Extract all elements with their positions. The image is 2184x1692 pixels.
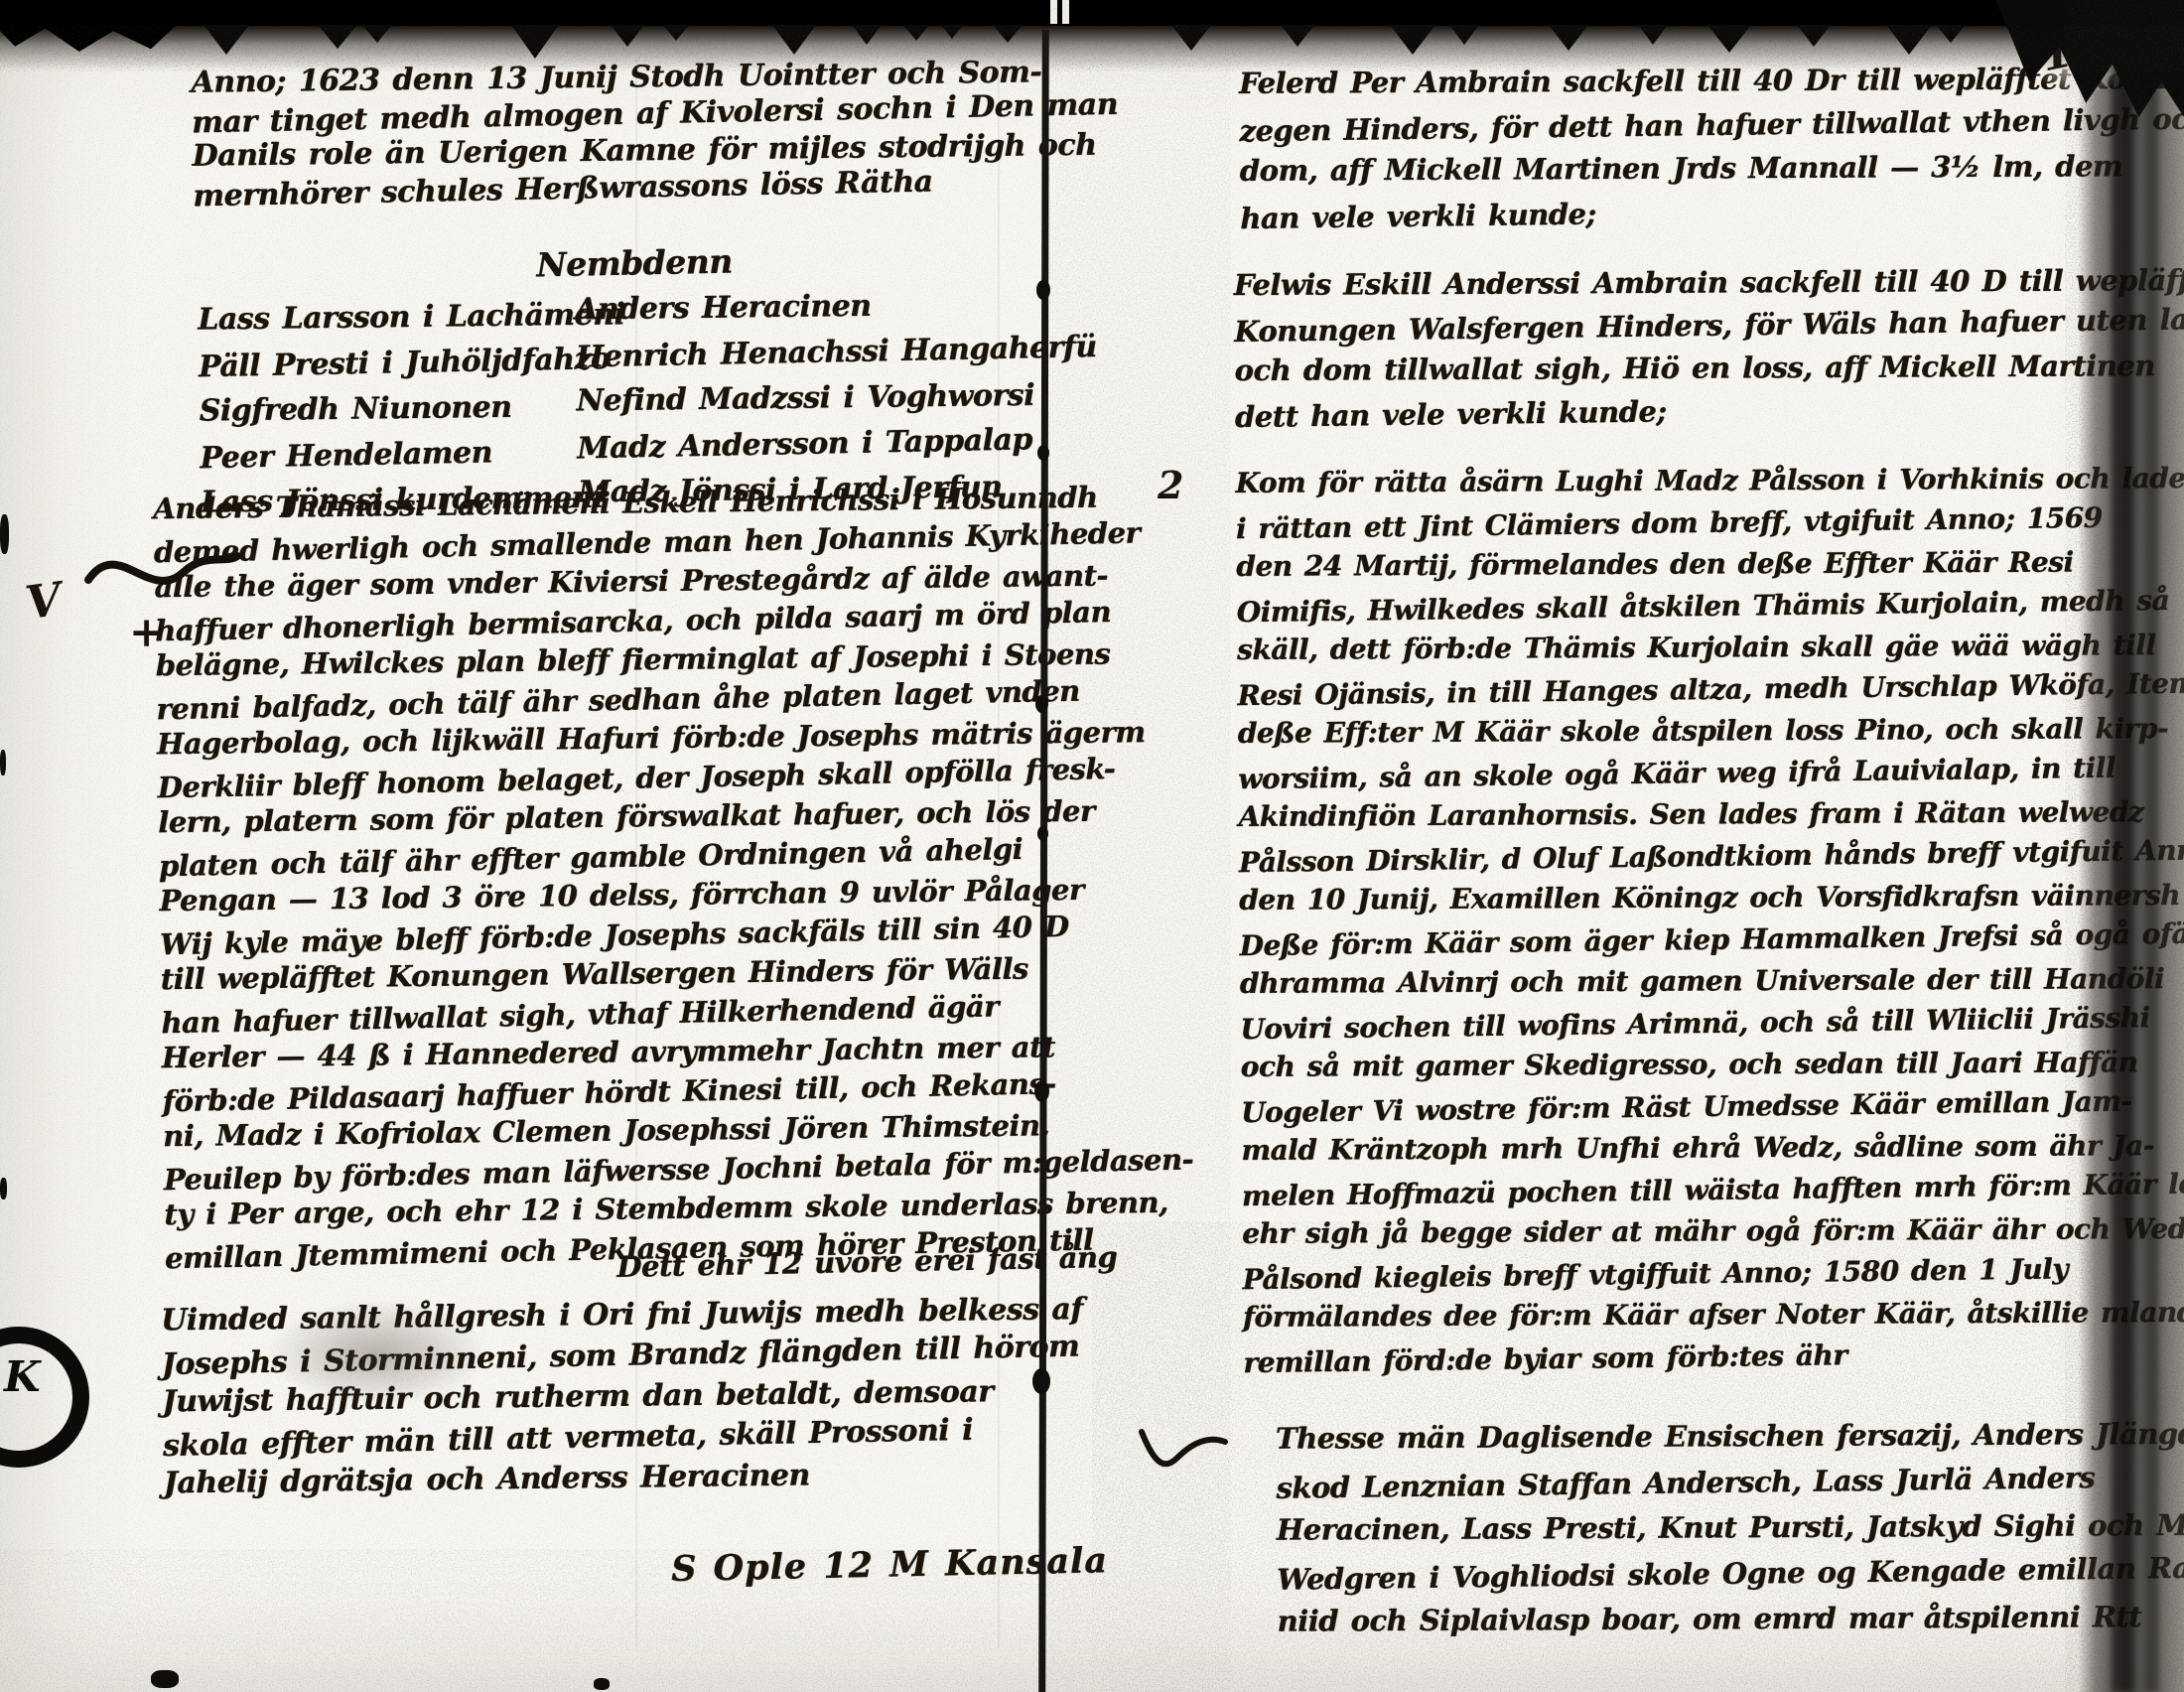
film-edge-tooth [993, 25, 1023, 43]
film-edge-tooth [1171, 25, 1211, 51]
margin-mark-2: 2 [1158, 463, 1183, 507]
film-edge-tooth [1549, 25, 1588, 51]
spine-ink-blob [1037, 826, 1048, 841]
spine-ink-blob [1036, 280, 1050, 300]
film-edge-tooth [941, 25, 963, 39]
film-edge-top [0, 0, 2184, 26]
film-edge-tooth [1797, 25, 1831, 47]
right-paragraph-4: Thesse män Daglisende Ensischen fersazij… [1276, 1408, 2184, 1645]
page-fold-line [635, 60, 637, 1648]
film-edge-tooth [362, 25, 392, 43]
film-edge-tooth [772, 25, 816, 55]
film-streak [2145, 0, 2159, 1692]
film-edge-band [2078, 0, 2184, 1692]
film-edge-tooth [663, 25, 689, 41]
left-heading: Anno; 1623 denn 13 Junij Stodh Uointter … [191, 52, 1119, 213]
margin-mark-plus: + [129, 608, 164, 656]
film-edge-tooth [318, 25, 357, 49]
film-edge-tooth [903, 25, 929, 41]
manuscript-scan: Anno; 1623 denn 13 Junij Stodh Uointter … [0, 0, 2184, 1692]
film-edge-tooth [511, 25, 559, 59]
film-edge-tooth [852, 25, 882, 45]
film-edge-tooth [1638, 25, 1668, 45]
right-paragraph-3: Kom för rätta åsärn Lughi Madz Pålsson i… [1235, 455, 2184, 1381]
film-edge-tooth [204, 25, 249, 55]
jury-name: Peer Hendelamen [200, 428, 627, 483]
spine-ink-blob [1035, 695, 1048, 713]
film-edge-tooth [1449, 25, 1479, 45]
film-edge-tooth [611, 25, 644, 47]
ink-smudge [223, 1279, 531, 1428]
film-frame-slit [1062, 0, 1069, 24]
film-edge-tooth [1886, 25, 1932, 55]
margin-flourish-swash [84, 534, 243, 608]
jury-name: Lass Larsson i Lachämeni [198, 292, 625, 343]
edge-fleck [0, 750, 6, 775]
manuscript-line: niid och Siplaivlasp boar, om emrd mar å… [1277, 1593, 2184, 1643]
right-page: Felerd Per Ambrain sackfell till 40 Dr t… [1224, 46, 2112, 1692]
left-page: Anno; 1623 denn 13 Junij Stodh Uointter … [136, 53, 1064, 1685]
manuscript-line: dom, aff Mickell Martinen Jrds Mannall —… [1240, 143, 2184, 193]
spine-ink-blob [1034, 1080, 1049, 1102]
manuscript-line: Heracinen, Lass Presti, Knut Pursti, Jat… [1277, 1501, 2184, 1552]
edge-fleck [0, 514, 9, 554]
right-paragraph-2: Felwis Eskill Anderssi Ambrain sackfell … [1234, 257, 2184, 437]
edge-fleck [594, 1678, 610, 1690]
film-edge-tooth [1707, 25, 1751, 53]
edge-fleck [0, 1178, 7, 1199]
jury-name: Sigfredh Niunonen [199, 383, 626, 434]
film-edge-tooth [1936, 25, 1966, 43]
jury-name: Päll Presti i Juhöljdfahzo [199, 337, 626, 391]
page-fold-line [998, 60, 1000, 1648]
edge-fleck [151, 1670, 179, 1688]
spine-ink-blob [1032, 1368, 1050, 1394]
manuscript-line: Thesse män Daglisende Ensischen fersazij… [1276, 1410, 2184, 1461]
left-body-paragraph: Anders Thämässi Lachämeni Eskell Henrich… [153, 476, 1195, 1276]
margin-mark-v: V [22, 572, 65, 630]
film-streak [2112, 0, 2133, 1692]
spine-ink-blob [1037, 445, 1049, 461]
film-frame-slit [1050, 0, 1057, 24]
film-edge-tooth [1281, 25, 1314, 47]
margin-mark-v-right [1134, 1418, 1233, 1481]
film-edge-tooth [1390, 25, 1435, 55]
archive-stamp-glyph: K [4, 1352, 41, 1401]
